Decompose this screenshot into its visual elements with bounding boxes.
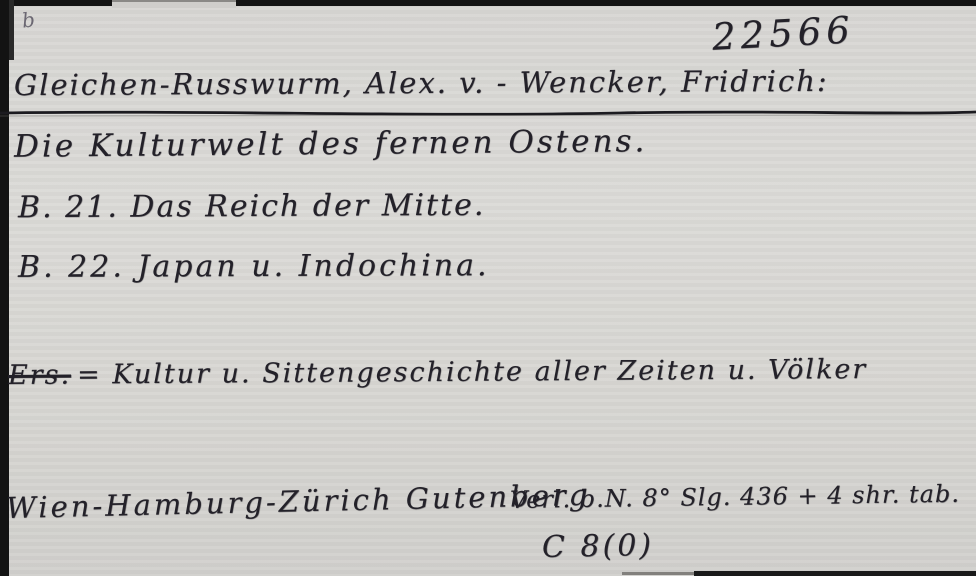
inventory-number: 22566 (711, 8, 856, 58)
imprint-details: Verl. b.N. 8° Slg. 436 + 4 shr. tab. (510, 480, 960, 514)
volume-line-2: B. 22. Japan u. Indochina. (18, 248, 490, 285)
author-heading: Gleichen-Russwurm, Alex. v. - Wencker, F… (14, 64, 829, 102)
scan-edge-bottom (694, 571, 976, 576)
shelfmark: C 8(0) (542, 528, 655, 565)
heading-rule (0, 104, 976, 122)
series-text: = Kultur u. Sittengeschichte aller Zeite… (77, 354, 867, 391)
title-line: Die Kulturwelt des fernen Ostens. (14, 123, 648, 165)
scan-edge-left-wedge (9, 0, 14, 60)
scan-edge-top-gap (112, 0, 236, 8)
imprint-places: Wien-Hamburg-Zürich Gutenberg (6, 478, 591, 525)
scan-edge-left (0, 0, 9, 576)
series-prefix: Ers. (8, 360, 71, 391)
scan-edge-bottom-faint (622, 572, 694, 575)
volume-line-1: B. 21. Das Reich der Mitte. (18, 188, 486, 225)
corner-mark: b (21, 7, 36, 32)
catalog-card: b 22566 Gleichen-Russwurm, Alex. v. - We… (0, 0, 976, 576)
series-note: Ers.= Kultur u. Sittengeschichte aller Z… (8, 354, 867, 391)
